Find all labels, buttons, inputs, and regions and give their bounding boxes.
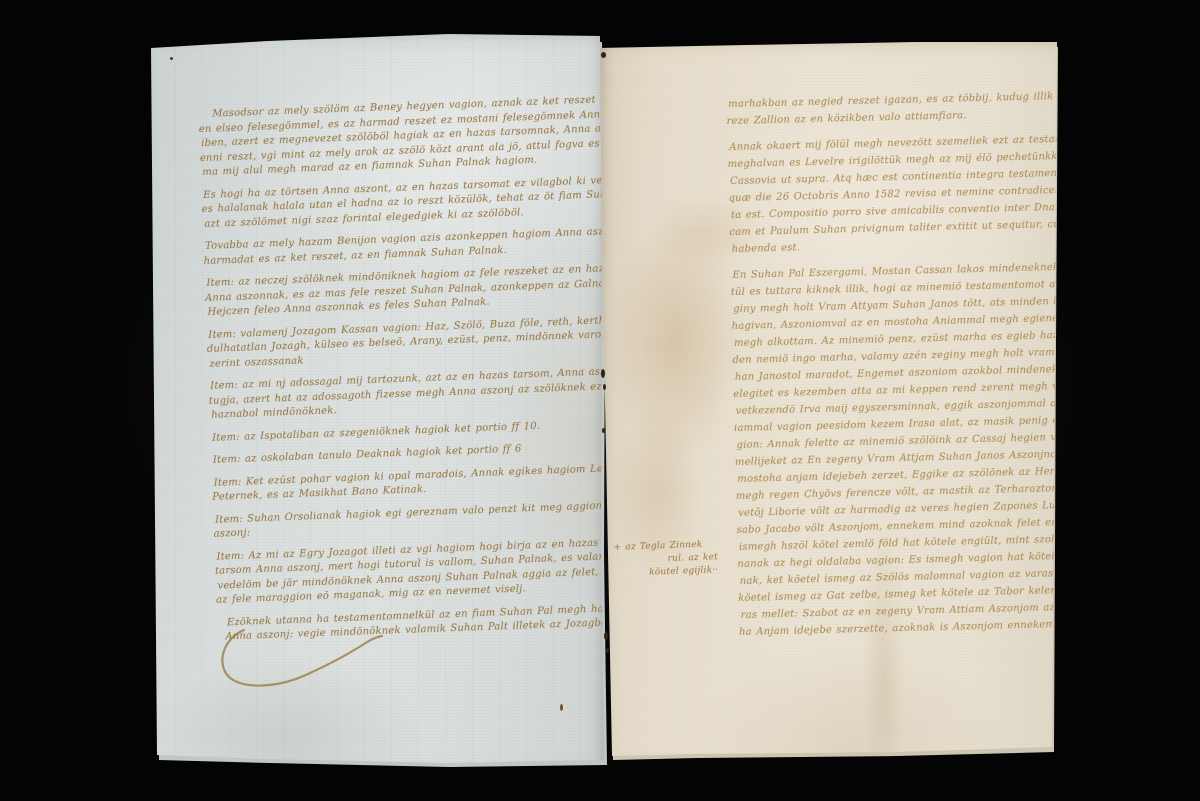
paragraph: Tovabba az mely hazam Benijon vagion azi… (205, 225, 602, 268)
dirt-speck (170, 57, 173, 60)
dirt-speck (601, 52, 606, 58)
paragraph: marhakban az negied reszet igazan, es az… (728, 88, 1075, 130)
right-page: + az Tegla Zinnekrul. az ketköutel egijl… (596, 38, 1060, 760)
paragraph: Es hogi ha az törtsen Anna aszont, az en… (203, 174, 600, 232)
dirt-speck (606, 648, 609, 653)
right-page-text: marhakban az negied reszet igazan, es az… (728, 88, 1087, 650)
paragraph: Annak okaert mij fölül megh nevezött sze… (729, 131, 1078, 258)
manuscript-photo: + az Tegla Zinnekrul. az ketköutel egijl… (0, 0, 1200, 801)
paragraph: Item: Suhan Orsolianak hagiok egi gerezn… (215, 499, 612, 542)
dirt-speck (560, 704, 563, 711)
dirt-speck (604, 632, 608, 640)
dirt-speck (602, 428, 605, 433)
paragraph: Item: valamenj Jozagom Kassan vagion: Ha… (208, 314, 605, 372)
paragraph: En Suhan Pal Eszergami, Mostan Cassan la… (732, 258, 1087, 640)
paragraph: Item: az mi nj adossagal mij tartozunk, … (210, 365, 607, 423)
ink-flourish-icon (214, 624, 389, 696)
paragraph: Masodsor az mely szölöm az Beney hegyen … (200, 93, 598, 180)
margin-note: + az Tegla Zinnekrul. az ketköutel egijl… (613, 538, 718, 581)
dirt-speck (603, 384, 606, 390)
paragraph: Item: Ket ezüst pohar vagion ki opal mar… (214, 462, 611, 505)
paragraph: Item: az neczej szölöknek mindöniknek ha… (206, 262, 603, 320)
dirt-speck (601, 369, 605, 378)
paragraph: Item: Az mi az Egry Jozagot illeti az vg… (216, 536, 614, 608)
left-page-text: Masodsor az mely szölöm az Beney hegyen … (200, 93, 616, 653)
left-page: Masodsor az mely szölöm az Beney hegyen … (148, 28, 610, 768)
text-line: köutel egijlik·· (614, 564, 718, 581)
